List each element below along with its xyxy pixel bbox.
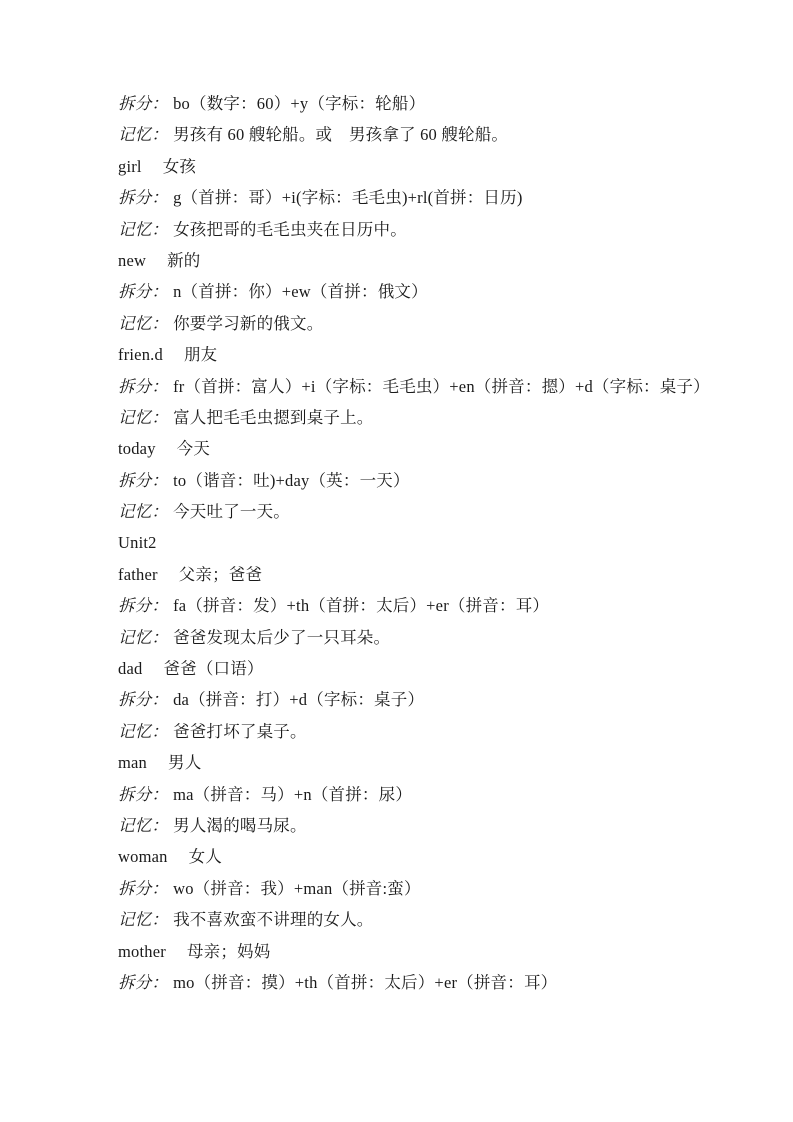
unit-title: Unit2 — [118, 533, 157, 552]
vocab-memory-line: 记忆：富人把毛毛虫摁到桌子上。 — [118, 402, 733, 433]
unit-heading: Unit2 — [118, 527, 733, 558]
word-english: woman — [118, 841, 168, 872]
memory-content: 爸爸发现太后少了一只耳朵。 — [173, 628, 390, 647]
vocab-word-line: today今天 — [118, 433, 733, 464]
memory-content: 我不喜欢蛮不讲理的女人。 — [173, 910, 373, 929]
vocab-split-line: 拆分：to（谐音：吐)+day（英：一天） — [118, 465, 733, 496]
word-meaning: 女孩 — [163, 157, 196, 176]
split-content: fa（拼音：发）+th（首拼：太后）+er（拼音：耳） — [173, 596, 549, 615]
word-english: new — [118, 245, 146, 276]
vocab-word-line: dad爸爸（口语） — [118, 653, 733, 684]
vocab-split-line: 拆分：g（首拼：哥）+i(字标：毛毛虫)+rl(首拼：日历) — [118, 182, 733, 213]
vocab-memory-line: 记忆：女孩把哥的毛毛虫夹在日历中。 — [118, 214, 733, 245]
split-label: 拆分： — [118, 377, 168, 396]
vocab-memory-line: 记忆：爸爸发现太后少了一只耳朵。 — [118, 622, 733, 653]
word-meaning: 朋友 — [184, 345, 217, 364]
word-english: man — [118, 747, 147, 778]
word-meaning: 女人 — [189, 847, 222, 866]
memory-label: 记忆： — [118, 816, 168, 835]
word-meaning: 男人 — [168, 753, 201, 772]
vocab-split-line: 拆分：wo（拼音：我）+man（拼音:蛮） — [118, 873, 733, 904]
memory-label: 记忆： — [118, 408, 168, 427]
memory-content: 爸爸打坏了桌子。 — [173, 722, 307, 741]
split-label: 拆分： — [118, 471, 168, 490]
split-label: 拆分： — [118, 596, 168, 615]
memory-label: 记忆： — [118, 910, 168, 929]
vocab-split-line: 拆分：da（拼音：打）+d（字标：桌子） — [118, 684, 733, 715]
split-content: g（首拼：哥）+i(字标：毛毛虫)+rl(首拼：日历) — [173, 188, 522, 207]
memory-content: 富人把毛毛虫摁到桌子上。 — [173, 408, 373, 427]
word-english: today — [118, 433, 156, 464]
memory-label: 记忆： — [118, 220, 168, 239]
memory-label: 记忆： — [118, 125, 168, 144]
vocab-word-line: mother母亲；妈妈 — [118, 936, 733, 967]
memory-content: 男人渴的喝马尿。 — [173, 816, 307, 835]
split-label: 拆分： — [118, 282, 168, 301]
split-content: mo（拼音：摸）+th（首拼：太后）+er（拼音：耳） — [173, 973, 557, 992]
split-label: 拆分： — [118, 879, 168, 898]
vocab-split-line: 拆分：fa（拼音：发）+th（首拼：太后）+er（拼音：耳） — [118, 590, 733, 621]
memory-content: 女孩把哥的毛毛虫夹在日历中。 — [173, 220, 407, 239]
vocab-memory-line: 记忆：男孩有 60 艘轮船。或 男孩拿了 60 艘轮船。 — [118, 119, 733, 150]
word-meaning: 爸爸（口语） — [163, 659, 263, 678]
split-content: bo（数字：60）+y（字标：轮船） — [173, 94, 425, 113]
vocab-split-line: 拆分：bo（数字：60）+y（字标：轮船） — [118, 88, 733, 119]
vocab-word-line: new新的 — [118, 245, 733, 276]
split-label: 拆分： — [118, 785, 168, 804]
vocab-word-line: father父亲；爸爸 — [118, 559, 733, 590]
vocab-memory-line: 记忆：今天吐了一天。 — [118, 496, 733, 527]
word-english: frien.d — [118, 339, 163, 370]
word-english: father — [118, 559, 158, 590]
vocab-memory-line: 记忆：爸爸打坏了桌子。 — [118, 716, 733, 747]
vocab-split-line: 拆分：n（首拼：你）+ew（首拼：俄文） — [118, 276, 733, 307]
split-content: to（谐音：吐)+day（英：一天） — [173, 471, 410, 490]
memory-content: 男孩有 60 艘轮船。或 男孩拿了 60 艘轮船。 — [173, 125, 508, 144]
word-english: dad — [118, 653, 142, 684]
vocab-split-line: 拆分：fr（首拼：富人）+i（字标：毛毛虫）+en（拼音：摁）+d（字标：桌子） — [118, 371, 733, 402]
memory-content: 你要学习新的俄文。 — [173, 314, 323, 333]
split-label: 拆分： — [118, 690, 168, 709]
word-meaning: 今天 — [177, 439, 210, 458]
document-body: 拆分：bo（数字：60）+y（字标：轮船）记忆：男孩有 60 艘轮船。或 男孩拿… — [118, 88, 733, 998]
word-meaning: 新的 — [167, 251, 200, 270]
word-english: girl — [118, 151, 142, 182]
memory-content: 今天吐了一天。 — [173, 502, 290, 521]
split-content: da（拼音：打）+d（字标：桌子） — [173, 690, 424, 709]
word-meaning: 母亲；妈妈 — [187, 942, 271, 961]
memory-label: 记忆： — [118, 722, 168, 741]
split-content: n（首拼：你）+ew（首拼：俄文） — [173, 282, 428, 301]
memory-label: 记忆： — [118, 628, 168, 647]
split-content: ma（拼音：马）+n（首拼：尿） — [173, 785, 412, 804]
split-label: 拆分： — [118, 94, 168, 113]
vocab-word-line: woman女人 — [118, 841, 733, 872]
document-page: 拆分：bo（数字：60）+y（字标：轮船）记忆：男孩有 60 艘轮船。或 男孩拿… — [0, 0, 793, 1122]
split-label: 拆分： — [118, 188, 168, 207]
vocab-memory-line: 记忆：你要学习新的俄文。 — [118, 308, 733, 339]
vocab-memory-line: 记忆：男人渴的喝马尿。 — [118, 810, 733, 841]
memory-label: 记忆： — [118, 314, 168, 333]
memory-label: 记忆： — [118, 502, 168, 521]
vocab-memory-line: 记忆：我不喜欢蛮不讲理的女人。 — [118, 904, 733, 935]
word-english: mother — [118, 936, 166, 967]
vocab-split-line: 拆分：ma（拼音：马）+n（首拼：尿） — [118, 779, 733, 810]
split-label: 拆分： — [118, 973, 168, 992]
word-meaning: 父亲；爸爸 — [179, 565, 263, 584]
vocab-word-line: girl女孩 — [118, 151, 733, 182]
vocab-word-line: frien.d朋友 — [118, 339, 733, 370]
split-content: fr（首拼：富人）+i（字标：毛毛虫）+en（拼音：摁）+d（字标：桌子） — [173, 377, 710, 396]
vocab-split-line: 拆分：mo（拼音：摸）+th（首拼：太后）+er（拼音：耳） — [118, 967, 733, 998]
vocab-word-line: man男人 — [118, 747, 733, 778]
split-content: wo（拼音：我）+man（拼音:蛮） — [173, 879, 421, 898]
